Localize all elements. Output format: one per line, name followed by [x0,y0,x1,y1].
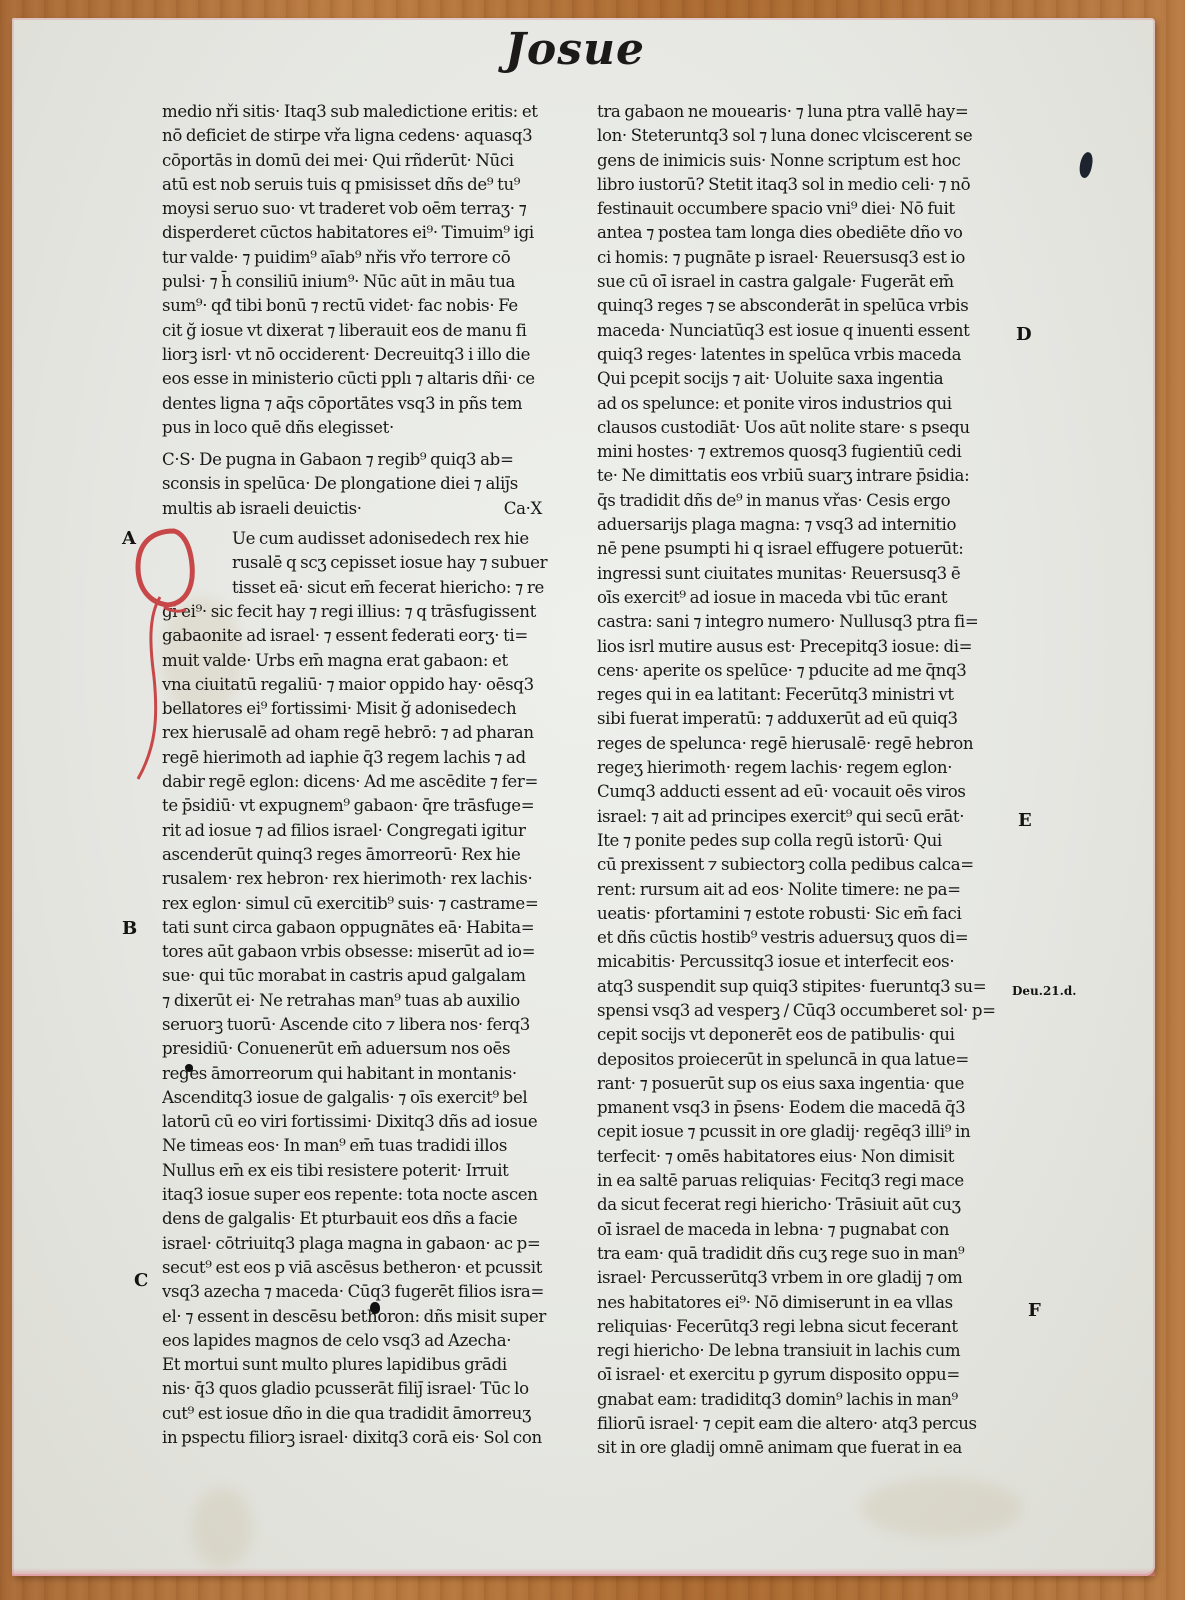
text-line: seruorꝫ tuorū· Ascende cito ⁊ libera nos… [162,1013,590,1037]
ink-blot [185,1064,193,1072]
foxing-stain [862,1478,1022,1538]
text-line: Ne timeas eos· In man⁹ em̄ tuas tradidi … [162,1134,590,1158]
text-line: in ea saltē paruas reliquias· Fecitq3 re… [597,1169,1001,1193]
text-line: israel· Percusserūtq3 vrbem in ore gladi… [597,1266,1001,1290]
text-line: cens· aperite os spelūce· ⁊ pducite ad m… [597,659,1001,683]
text-line: lon· Steteruntq3 sol ⁊ luna donec vlcisc… [597,124,1001,148]
text-line: reges de spelunca· regē hierusalē· regē … [597,732,1001,756]
text-line: sue cū oī̄ israel in castra galgale· Fug… [597,270,1001,294]
text-line: dabir regē eglon: dicens· Ad me ascēdite… [162,770,590,794]
text-line: rex hierusalē ad oham regē hebrō: ⁊ ad p… [162,721,590,745]
paragraph-before-rubric: medio nři sitis· Itaq3 sub maledictione … [162,100,590,440]
running-head: Josue [505,24,645,75]
text-line: presidiū· Conuenerūt em̄ aduersum nos oē… [162,1037,590,1061]
text-line: cū prexissent ⁊ subiectorꝫ colla pedibus… [597,853,1001,877]
text-line: et dñs cūctis hostib⁹ vestris aduersuʒ q… [597,926,1001,950]
margin-letter-d: D [1016,324,1032,345]
text-line: latorū cū eo viri fortissimi· Dixitq3 dñ… [162,1110,590,1134]
text-line: liorꝫ isrl· vt nō occiderent· Decreuitq3… [162,343,590,367]
text-line: nis· q̄3 quos gladio pcusserāt filiȷ̄ is… [162,1377,590,1401]
text-line: ascenderūt quinq3 reges āmorreorū· Rex h… [162,843,590,867]
text-line: tra eam· quā tradidit dñs cuʒ rege suo i… [597,1242,1001,1266]
text-line: aduersarijs plaga magna: ⁊ vsq3 ad inter… [597,513,1001,537]
text-line: in pspectu filiorꝫ israel· dixitq3 corā … [162,1426,590,1450]
text-line [597,1461,1001,1485]
text-line: rex eglon· simul cū exercitib⁹ suis· ⁊ c… [162,892,590,916]
text-line: clausos custodiāt· Uos aūt nolite stare·… [597,416,1001,440]
text-line: atū est nob seruis tuis q pmisisset dñs … [162,173,590,197]
text-line: rusalem· rex hebron· rex hierimoth· rex … [162,867,590,891]
text-line: bellatores ei⁹ fortissimi· Misit ğ adoni… [162,697,590,721]
text-line: muit valde· Urbs em̄ magna erat gabaon: … [162,649,590,673]
text-line: atq3 suspendit sup quiq3 stipites· fueru… [597,975,1001,999]
text-line: tores aūt gabaon vrbis obsesse: miserūt … [162,940,590,964]
text-line: oī̄ israel de maceda in lebna· ⁊ pugnaba… [597,1218,1001,1242]
text-line: gi ei⁹· sic fecit hay ⁊ regi illius: ⁊ q… [162,600,590,624]
text-line: depositos proiecerūt in speluncā in qua … [597,1048,1001,1072]
text-line: ⁊ dixerūt ei· Ne retrahas man⁹ tuas ab a… [162,989,590,1013]
text-line: rant· ⁊ posuerūt sup os eius saxa ingent… [597,1072,1001,1096]
text-line: israel: ⁊ ait ad principes exercit⁹ qui … [597,805,1001,829]
text-line: ci homis: ⁊ pugnāte p israel· Reuersusq3… [597,246,1001,270]
text-line: regeʒ hierimoth· regem lachis· regem egl… [597,756,1001,780]
text-line: festinauit occumbere spacio vni⁹ diei· N… [597,197,1001,221]
text-line: sum⁹· qđ tibi bonū ⁊ rectū videt· fac no… [162,294,590,318]
text-line: tisset eā· sicut em̄ fecerat hiericho: ⁊… [162,576,590,600]
text-line: medio nři sitis· Itaq3 sub maledictione … [162,100,590,124]
text-line: sit in ore gladij omnē animam que fuerat… [597,1436,1001,1460]
text-line: gens de inimicis suis· Nonne scriptum es… [597,149,1001,173]
text-line: dentes ligna ⁊ aq̄s cōportātes vsq3 in p… [162,392,590,416]
text-line: Ite ⁊ ponite pedes sup colla regū istorū… [597,829,1001,853]
text-line: terfecit· ⁊ omēs habitatores eius· Non d… [597,1145,1001,1169]
text-line: reliquias· Fecerūtq3 regi lebna sicut fe… [597,1315,1001,1339]
text-line: tra gabaon ne mouearis· ⁊ luna ptra vall… [597,100,1001,124]
text-line: ueatis· pfortamini ⁊ estote robusti· Sic… [597,902,1001,926]
text-line: regē hierimoth ad iaphie q̄3 regem lachi… [162,746,590,770]
text-line: reges qui in ea latitant: Fecerūtq3 mini… [597,683,1001,707]
text-line: cepit iosue ⁊ pcussit in ore gladij· reg… [597,1120,1001,1144]
text-line: Et mortui sunt multo plures lapidibus gr… [162,1353,590,1377]
text-line: castra: sani ⁊ integro numero· Nullusq3 … [597,610,1001,634]
text-line: Nullus em̄ ex eis tibi resistere poterit… [162,1159,590,1183]
text-line: quinq3 reges ⁊ se absconderāt in spelūca… [597,294,1001,318]
text-line: q̄s tradidit dñs de⁹ in manus vřas· Cesi… [597,489,1001,513]
text-line: nē pene psumpti hi q israel effugere pot… [597,537,1001,561]
text-line: secut⁹ est eos p viā ascēsus betheron· e… [162,1256,590,1280]
text-line: oī̄ israel· et exercitu p gyrum disposit… [597,1363,1001,1387]
text-line: reges āmorreorum qui habitant in montani… [162,1062,590,1086]
text-line: vsq3 azecha ⁊ maceda· Cūq3 fugerēt filio… [162,1280,590,1304]
paragraph-with-initial: Ue cum audisset adonisedech rex hie rusa… [162,527,590,600]
margin-letter-b: B [122,918,137,939]
text-line: libro iustorū? Stetit itaq3 sol in medio… [597,173,1001,197]
text-line: regi hiericho· De lebna transiuit in lac… [597,1339,1001,1363]
text-line: Ue cum audisset adonisedech rex hie [162,527,590,551]
text-line: cōportās in domū dei mei· Qui rñderūt· N… [162,149,590,173]
paragraph-continued: regē hierimoth ad iaphie q̄3 regem lachi… [162,746,590,1451]
rubric-line: C·S· De pugna in Gabaon ⁊ regib⁹ quiq3 a… [162,448,590,472]
ink-blot [370,1302,380,1314]
text-line: itaq3 iosue super eos repente: tota noct… [162,1183,590,1207]
text-line: eos lapides magnos de celo vsq3 ad Azech… [162,1329,590,1353]
right-text-column: tra gabaon ne mouearis· ⁊ luna ptra vall… [597,100,1001,1485]
text-line: moysi seruo suo· vt traderet vob oēm ter… [162,197,590,221]
text-line: cit ğ iosue vt dixerat ⁊ liberauit eos d… [162,319,590,343]
text-line: cepit socijs vt deponerēt eos de patibul… [597,1023,1001,1047]
text-line: oīs exercit⁹ ad iosue in maceda vbi tūc … [597,586,1001,610]
margin-letter-f: F [1028,1300,1041,1321]
margin-letter-a: A [122,528,136,549]
text-line: quiq3 reges· latentes in spelūca vrbis m… [597,343,1001,367]
chapter-number: Ca·X [504,497,542,521]
chapter-summary-rubric: C·S· De pugna in Gabaon ⁊ regib⁹ quiq3 a… [162,448,590,521]
foxing-stain [192,1488,252,1568]
text-line: filiorū israel· ⁊ cepit eam die altero· … [597,1412,1001,1436]
text-line: dens de galgalis· Et pturbauit eos dñs a… [162,1207,590,1231]
text-line: nō deficiet de stirpe vřa ligna cedens· … [162,124,590,148]
text-line: eos esse in ministerio cūcti pplı ⁊ alta… [162,367,590,391]
text-line: israel· cōtriuitq3 plaga magna in gabaon… [162,1232,590,1256]
text-line: maceda· Nunciatūq3 est iosue q inuenti e… [597,319,1001,343]
text-line: pmanent vsq3 in p̄sens· Eodem die macedā… [597,1096,1001,1120]
text-line: te· Ne dimittatis eos vrbiū suarʒ intrar… [597,464,1001,488]
text-line: ad os spelunce: et ponite viros industri… [597,392,1001,416]
text-line: lios isrl mutire ausus est· Precepitq3 i… [597,635,1001,659]
text-line: mini hostes· ⁊ extremos quosq3 fugientiū… [597,440,1001,464]
text-line: pus in loco quē dñs elegisset· [162,416,590,440]
text-line: spensi vsq3 ad vesperꝫ / Cūq3 occumberet… [597,999,1001,1023]
text-line: nes habitatores ei⁹· Nō dimiserunt in ea… [597,1291,1001,1315]
text-line: Cumq3 adducti essent ad eū· vocauit oēs … [597,780,1001,804]
text-line: rent: rursum ait ad eos· Nolite timere: … [597,878,1001,902]
text-line: gnabat eam: tradiditq3 domin⁹ lachis in … [597,1388,1001,1412]
cross-reference-note: Deu.21.d. [1012,984,1076,998]
text-line: sue· qui tūc morabat in castris apud gal… [162,964,590,988]
text-line: rusalē q scʒ cepisset iosue hay ⁊ subuer [162,551,590,575]
text-line: gabaonite ad israel· ⁊ essent federati e… [162,624,590,648]
text-line: antea ⁊ postea tam longa dies obediēte d… [597,221,1001,245]
text-line: rit ad iosue ⁊ ad filios israel· Congreg… [162,819,590,843]
text-line: disperderet cūctos habitatores ei⁹· Timu… [162,221,590,245]
text-line: micabitis· Percussitq3 iosue et interfec… [597,950,1001,974]
left-text-column: medio nři sitis· Itaq3 sub maledictione … [162,100,590,1450]
text-line: Qui pcepit socijs ⁊ ait· Uoluite saxa in… [597,367,1001,391]
text-line: sibi fuerat imperatū: ⁊ adduxerūt ad eū … [597,707,1001,731]
text-line: pulsi· ⁊ h̄ consiliū inium⁹· Nūc aūt in … [162,270,590,294]
text-line: ingressi sunt ciuitates munitas· Reuersu… [597,562,1001,586]
text-line: cut⁹ est iosue dño in die qua tradidit ā… [162,1402,590,1426]
text-line: da sicut fecerat regi hiericho· Trāsiuit… [597,1193,1001,1217]
text-line: tati sunt circa gabaon oppugnātes eā· Ha… [162,916,590,940]
text-line: vna ciuitatū regaliū· ⁊ maior oppido hay… [162,673,590,697]
text-line: te p̄sidiū· vt expugnem⁹ gabaon· q̄re tr… [162,794,590,818]
text-line: tur valde· ⁊ puidim⁹ aīab⁹ nřis vřo terr… [162,246,590,270]
margin-letter-e: E [1018,810,1032,831]
rubric-line: sconsis in spelūca· De plongatione diei … [162,472,590,496]
text-line: Ascenditq3 iosue de galgalis· ⁊ oīs exer… [162,1086,590,1110]
margin-letter-c: C [134,1270,148,1291]
chapter-opening: Ue cum audisset adonisedech rex hie rusa… [162,527,590,746]
